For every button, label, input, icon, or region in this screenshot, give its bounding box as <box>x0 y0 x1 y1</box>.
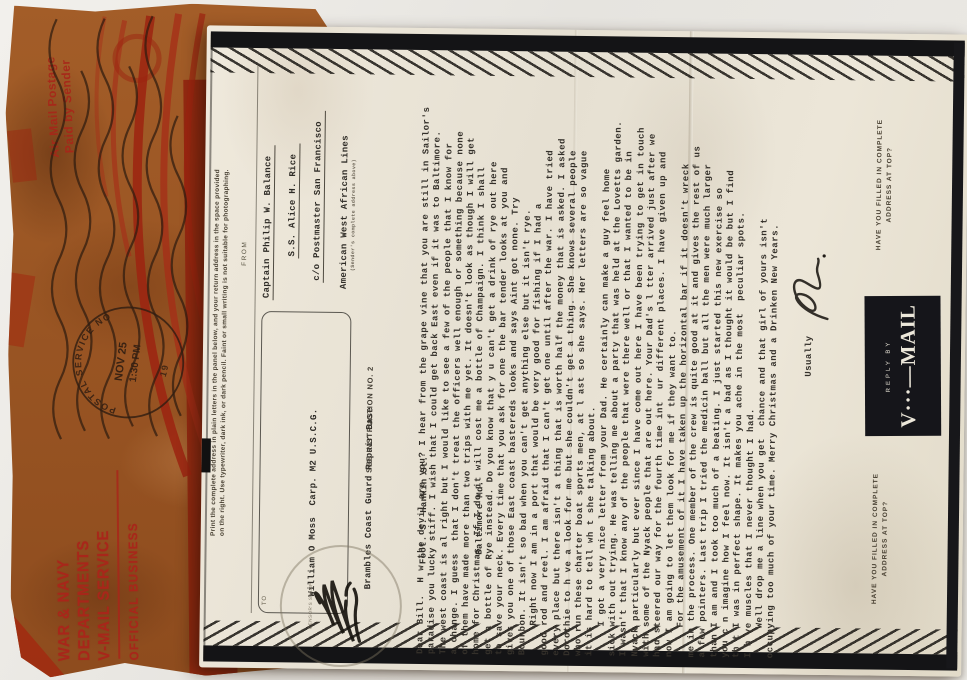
from-address-line: S.S. Alice H. Rice <box>287 144 300 259</box>
censor-stamp-circle: CENSOR'S STAMP <box>279 544 402 667</box>
svg-text:19: 19 <box>158 362 171 378</box>
reply-by-vmail-box: REPLY BY V···—MAIL <box>864 296 941 436</box>
vmail-logo: V···—MAIL <box>895 304 921 427</box>
postmark-arc-bottom: 19 <box>158 362 171 378</box>
postmark-stamp: POSTAL SERVICE NO NOV 25 1:30 PM 19 <box>61 295 195 429</box>
vmail-letter: Print the complete address in plain lett… <box>199 25 967 676</box>
header-rule <box>251 66 259 613</box>
postmark-time: 1:30 PM <box>128 344 144 383</box>
from-label: FROM <box>241 241 248 266</box>
from-address-line: c/o Postmaster San Francisco <box>312 111 326 283</box>
letter-body: Dear Bill. H w the devil are you? I hear… <box>415 38 784 658</box>
border-bar-bottom <box>946 42 965 668</box>
to-label: TO <box>262 595 268 605</box>
from-address-line: Captain Philip W. Balance <box>262 146 276 301</box>
letter-content: Print the complete address in plain lett… <box>199 25 967 676</box>
signature-icon <box>783 252 842 333</box>
reply-by-label: REPLY BY <box>885 340 891 393</box>
form-instructions: Print the complete address in plain lett… <box>209 95 232 609</box>
address-check-left: HAVE YOU FILLED IN COMPLETE ADDRESS AT T… <box>870 444 891 634</box>
address-check-right: HAVE YOU FILLED IN COMPLETE ADDRESS AT T… <box>874 90 895 280</box>
postmark-date: NOV 25 <box>113 341 130 381</box>
valediction: Usually <box>804 335 815 376</box>
top-black-tab <box>201 438 210 472</box>
from-address: Captain Philip W. Balance S.S. Alice H. … <box>262 38 359 301</box>
censor-scribble-icon <box>281 550 396 665</box>
